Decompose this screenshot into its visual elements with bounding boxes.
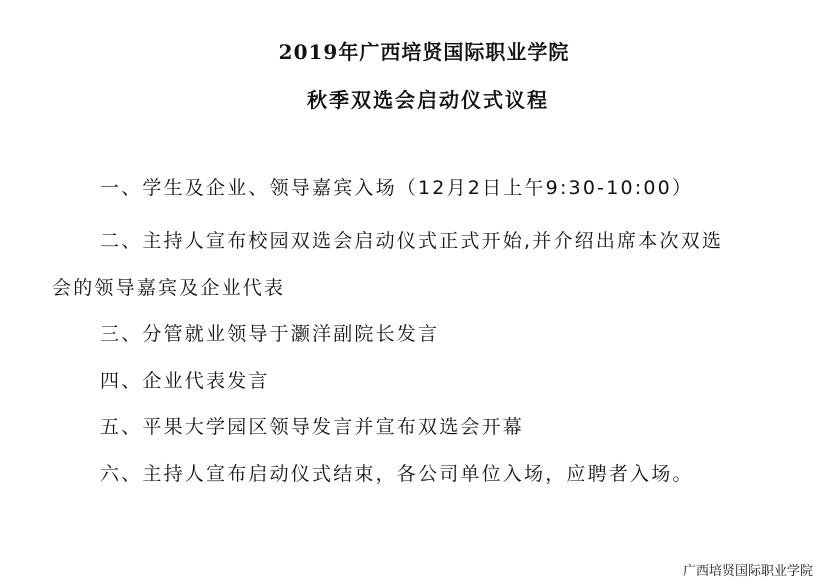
agenda-item-1: 一、学生及企业、领导嘉宾入场（12月2日上午9:30-10:00）: [100, 176, 693, 200]
agenda-item-2-continuation: 会的领导嘉宾及企业代表: [52, 276, 285, 300]
agenda-item-2: 二、主持人宣布校园双选会启动仪式正式开始,并介绍出席本次双选: [100, 229, 723, 253]
footer-watermark: 广西培贤国际职业学院: [683, 560, 813, 579]
agenda-item-3: 三、分管就业领导于灏洋副院长发言: [100, 322, 439, 346]
agenda-item-6: 六、主持人宣布启动仪式结束，各公司单位入场，应聘者入场。: [100, 462, 694, 486]
document-title-line-1: 2019年广西培贤国际职业学院: [10, 36, 828, 65]
document-title-line-2: 秋季双选会启动仪式议程: [14, 84, 828, 113]
agenda-item-4: 四、企业代表发言: [100, 369, 270, 393]
agenda-item-5: 五、平果大学园区领导发言并宣布双选会开幕: [100, 415, 524, 439]
